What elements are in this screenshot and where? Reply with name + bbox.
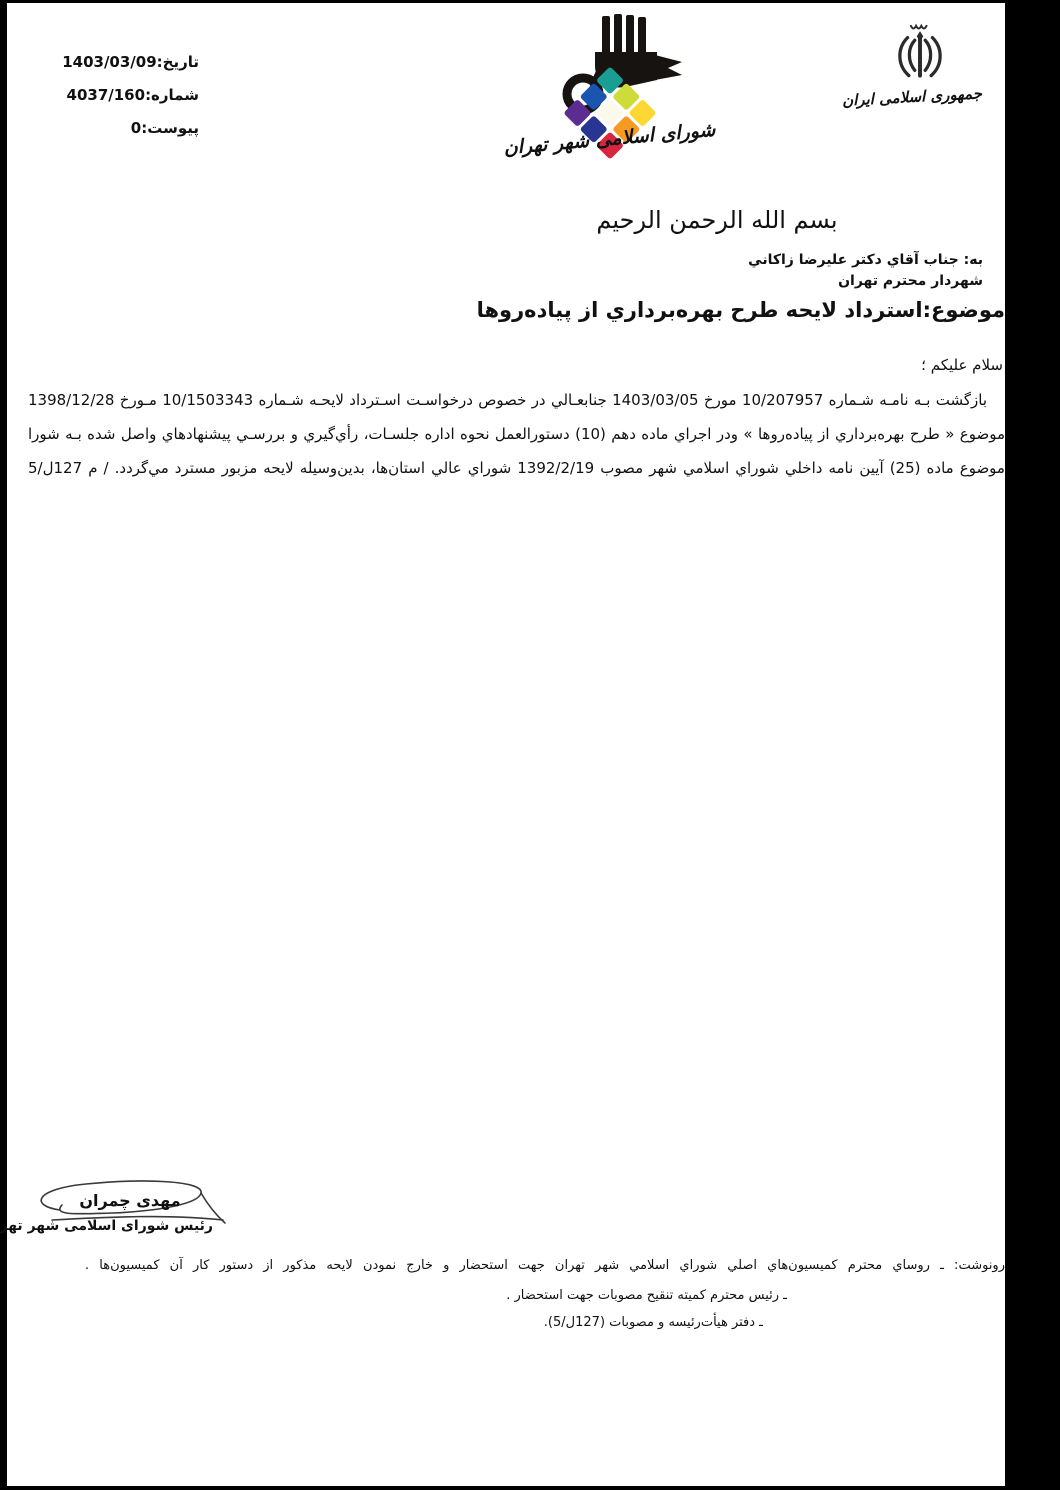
signer-name: مهدی چمران <box>55 1191 205 1210</box>
addressee-block: به: جناب آقاي دكتر عليرضا زاكاني شهردار … <box>748 250 983 292</box>
subject-line: موضوع:استرداد لايحه طرح بهره‌برداري از پ… <box>477 298 1005 322</box>
letter-date: تاريخ:1403/03/09 <box>27 46 199 79</box>
letter-number: شماره:4037/160 <box>27 79 199 112</box>
scan-border-right <box>1005 0 1060 1490</box>
bismillah: بسم الله الرحمن الرحيم <box>528 206 906 234</box>
scan-border-top <box>0 0 1060 3</box>
iran-emblem-icon <box>872 18 968 90</box>
greeting-line: سلام عليكم ؛ <box>921 356 1003 374</box>
scanned-letter-page: تاريخ:1403/03/09 شماره:4037/160 پيوست:0 … <box>0 0 1060 1490</box>
letter-meta-block: تاريخ:1403/03/09 شماره:4037/160 پيوست:0 <box>27 46 199 145</box>
addressee-name: به: جناب آقاي دكتر عليرضا زاكاني <box>748 250 983 271</box>
cc-line: ـ دفتر هيأت‌رئيسه و مصوبات (127ل/5). <box>544 1315 763 1330</box>
cc-line: رونوشت: ـ روساي محترم كميسيون‌هاي اصلي ش… <box>85 1258 1005 1273</box>
letter-body: بازگشت بـه نامـه شـماره 10/207957 مورخ 1… <box>28 383 1005 485</box>
addressee-title: شهردار محترم تهران <box>748 271 983 292</box>
iran-emblem-caption: جمهوری اسلامی ایران <box>828 84 997 111</box>
scan-border-left <box>0 0 7 1490</box>
cc-line: ـ رئيس محترم كميته تنقيح مصوبات جهت استح… <box>506 1288 787 1303</box>
letter-attachment: پيوست:0 <box>27 112 199 145</box>
signer-title: رئیس شورای اسلامی شهر تهران <box>8 1218 213 1234</box>
body-line: موضوع ماده (25) آيين نامه داخلي شوراي اس… <box>28 451 1005 485</box>
scan-border-bottom <box>0 1486 1060 1490</box>
body-line: موضوع « طرح بهره‌برداري از پياده‌روها » … <box>28 417 1005 451</box>
body-line: بازگشت بـه نامـه شـماره 10/207957 مورخ 1… <box>28 383 1005 417</box>
